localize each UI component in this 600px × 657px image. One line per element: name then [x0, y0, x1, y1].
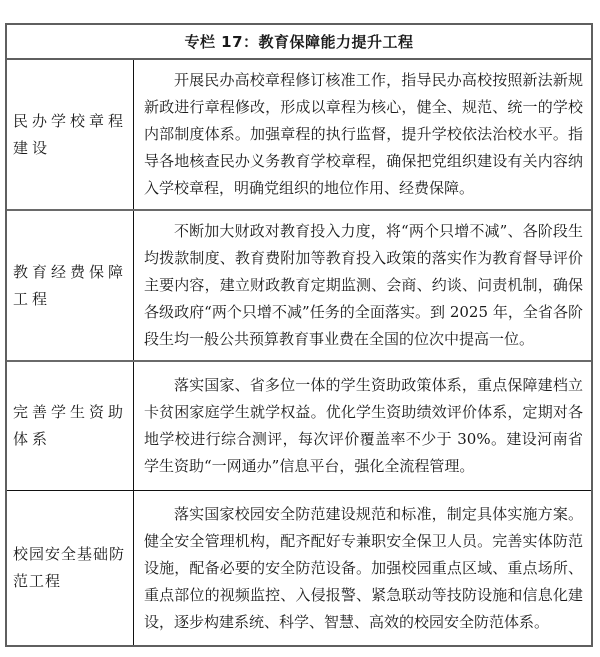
row-label: 完善学生资助体系	[13, 399, 131, 453]
row-content-cell: 落实国家、省多位一体的学生资助政策体系，重点保障建档立卡贫困家庭学生就学权益。优…	[135, 362, 591, 490]
row-label: 民办学校章程建设	[13, 108, 131, 162]
row-content: 不断加大财政对教育投入力度，将“两个只增不减”、各阶段生均拨款制度、教育费附加等…	[144, 218, 583, 353]
row-label: 校园安全基础防范工程	[13, 541, 131, 595]
table-title: 专栏 17：教育保障能力提升工程	[7, 25, 591, 60]
table-row: 完善学生资助体系 落实国家、省多位一体的学生资助政策体系，重点保障建档立卡贫困家…	[7, 362, 591, 491]
table-row: 民办学校章程建设 开展民办高校章程修订核准工作，指导民办高校按照新法新规新政进行…	[7, 60, 591, 211]
row-label-cell: 校园安全基础防范工程	[7, 491, 134, 645]
row-label-cell: 完善学生资助体系	[7, 362, 134, 490]
row-content: 开展民办高校章程修订核准工作，指导民办高校按照新法新规新政进行章程修改，形成以章…	[144, 67, 583, 202]
row-label: 教育经费保障工程	[13, 259, 131, 313]
row-label-cell: 民办学校章程建设	[7, 60, 134, 209]
education-support-table: 专栏 17：教育保障能力提升工程 民办学校章程建设 开展民办高校章程修订核准工作…	[5, 23, 593, 647]
row-content-cell: 开展民办高校章程修订核准工作，指导民办高校按照新法新规新政进行章程修改，形成以章…	[135, 60, 591, 209]
table-row: 教育经费保障工程 不断加大财政对教育投入力度，将“两个只增不减”、各阶段生均拨款…	[7, 211, 591, 362]
row-content: 落实国家校园安全防范建设规范和标准，制定具体实施方案。健全安全管理机构，配齐配好…	[144, 501, 583, 636]
row-content: 落实国家、省多位一体的学生资助政策体系，重点保障建档立卡贫困家庭学生就学权益。优…	[144, 372, 583, 480]
row-content-cell: 不断加大财政对教育投入力度，将“两个只增不减”、各阶段生均拨款制度、教育费附加等…	[135, 211, 591, 360]
table-row: 校园安全基础防范工程 落实国家校园安全防范建设规范和标准，制定具体实施方案。健全…	[7, 491, 591, 645]
row-label-cell: 教育经费保障工程	[7, 211, 134, 360]
row-content-cell: 落实国家校园安全防范建设规范和标准，制定具体实施方案。健全安全管理机构，配齐配好…	[135, 491, 591, 645]
